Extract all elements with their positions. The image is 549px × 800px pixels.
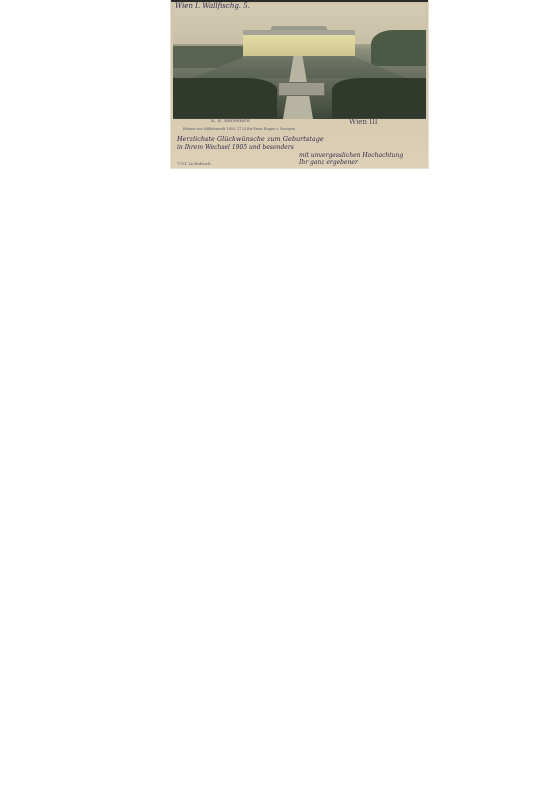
handwriting-line-2: in Ihrem Wechsel 1905 und besonders bbox=[177, 144, 294, 151]
fountain-basin bbox=[278, 82, 325, 96]
publisher-mark: 7751 Lichtdruck bbox=[177, 161, 211, 166]
trees-right bbox=[371, 30, 426, 66]
handwriting-line-3: mit unvergesslichen Hochachtung bbox=[299, 152, 403, 159]
caption-subtitle: Erbaut von Hildebrandt 1693–1723 für Pri… bbox=[183, 127, 295, 131]
palace bbox=[243, 34, 355, 58]
caption-left: K. k. Belvedere bbox=[211, 118, 250, 124]
handwriting-line-1: Herzlichste Glückwünsche zum Geburtstage bbox=[177, 135, 324, 143]
belvedere-photo bbox=[173, 4, 426, 119]
caption-right: Wien III bbox=[349, 118, 377, 126]
handwriting-line-4: Ihr ganz ergebener bbox=[299, 159, 358, 166]
postcard-image: Wien I. Wallfischg. 5. K. k. Belvedere W… bbox=[171, 0, 428, 168]
hedge-right bbox=[332, 78, 426, 118]
hedge-left bbox=[173, 78, 277, 118]
address-handwriting: Wien I. Wallfischg. 5. bbox=[175, 2, 250, 10]
